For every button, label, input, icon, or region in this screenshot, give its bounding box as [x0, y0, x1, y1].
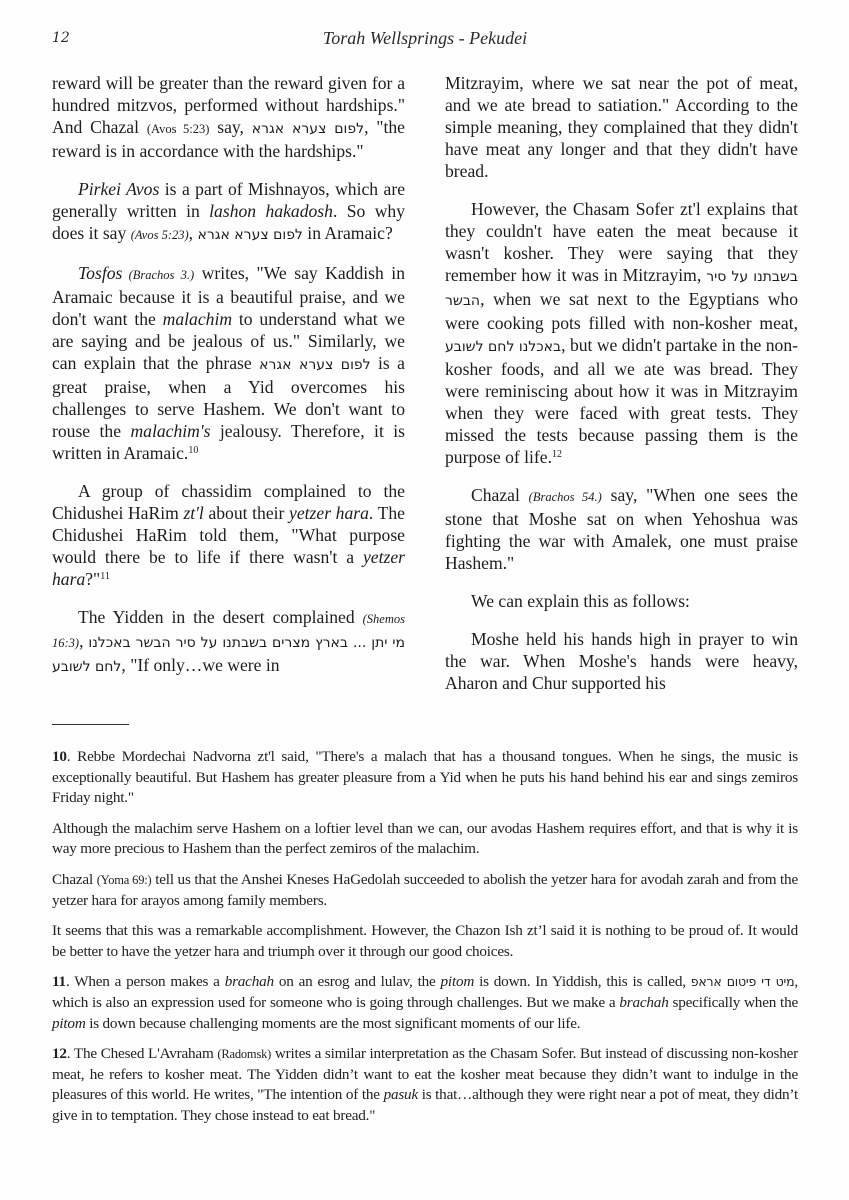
paragraph: Tosfos (Brachos 3.) writes, "We say Kadd… [52, 262, 405, 464]
paragraph: The Yidden in the desert complained (She… [52, 606, 405, 678]
footnotes: 10. Rebbe Mordechai Nadvorna zt'l said, … [52, 747, 798, 1137]
footnote-ref-12[interactable]: 12 [552, 449, 562, 460]
right-column: Mitzrayim, where we sat near the pot of … [445, 72, 798, 710]
footnote-11: 11. When a person makes a brachah on an … [52, 972, 798, 1034]
footnote-10-continued: Chazal (Yoma 69:) tell us that the Anshe… [52, 870, 798, 911]
footnote-10: 10. Rebbe Mordechai Nadvorna zt'l said, … [52, 747, 798, 809]
paragraph: However, the Chasam Sofer zt'l explains … [445, 198, 798, 468]
paragraph: Pirkei Avos is a part of Mishnayos, whic… [52, 178, 405, 246]
source-citation: (Yoma 69:) [97, 873, 152, 887]
source-citation: (Radomsk) [217, 1047, 271, 1061]
source-citation: (Brachos 54.) [529, 490, 602, 504]
left-column: reward will be greater than the reward g… [52, 72, 405, 694]
hebrew-quote: לפום צערא אגרא [252, 121, 364, 137]
paragraph: Chazal (Brachos 54.) say, "When one sees… [445, 484, 798, 574]
source-citation: (Avos 5:23) [147, 122, 210, 136]
book-title: Torah Wellsprings - Pekudei [52, 28, 798, 49]
footnote-10-continued: Although the malachim serve Hashem on a … [52, 819, 798, 860]
footnote-number: 10 [52, 748, 67, 765]
hebrew-quote: מיט די פיטום אראפ [691, 974, 795, 989]
footnote-separator [52, 724, 129, 725]
footnote-number: 12 [52, 1045, 67, 1062]
running-header: 12 Torah Wellsprings - Pekudei [52, 28, 798, 54]
document-page: 12 Torah Wellsprings - Pekudei reward wi… [0, 0, 849, 1200]
footnote-10-continued: It seems that this was a remarkable acco… [52, 921, 798, 962]
hebrew-quote: לפום צערא אגרא [259, 357, 370, 373]
paragraph: A group of chassidim complained to the C… [52, 480, 405, 590]
footnote-12: 12. The Chesed L'Avraham (Radomsk) write… [52, 1044, 798, 1126]
paragraph: We can explain this as follows: [445, 590, 798, 612]
paragraph: Moshe held his hands high in prayer to w… [445, 628, 798, 694]
paragraph: Mitzrayim, where we sat near the pot of … [445, 72, 798, 182]
source-citation: (Avos 5:23) [131, 228, 189, 242]
hebrew-quote: לפום צערא אגרא [197, 227, 302, 243]
footnote-number: 11 [52, 973, 66, 990]
footnote-ref-11[interactable]: 11 [100, 571, 110, 582]
paragraph: reward will be greater than the reward g… [52, 72, 405, 162]
footnote-ref-10[interactable]: 10 [188, 445, 198, 456]
hebrew-quote: באכלנו לחם לשובע [445, 339, 561, 355]
source-citation: (Brachos 3.) [122, 268, 194, 282]
